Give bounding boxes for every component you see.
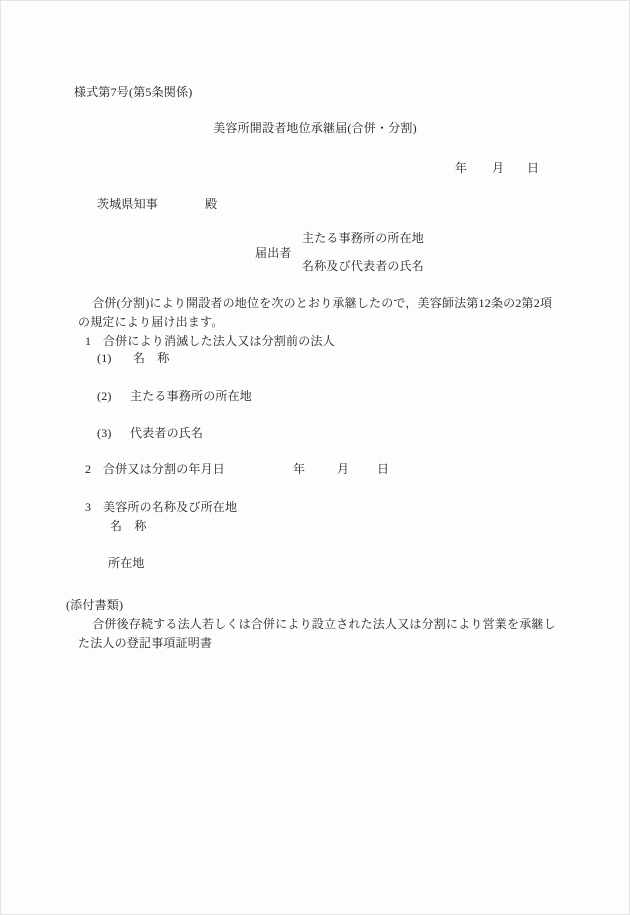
date-month-label: 月 [492,161,504,175]
section-1-item-1-label: (1) [97,351,112,365]
declarant-office-address-label: 主たる事務所の所在地 [302,231,424,245]
section-1-item-3-label: (3) [97,426,112,440]
document-page: 様式第7号(第5条関係) 美容所開設者地位承継届(合併・分割) 年 月 日 茨城… [0,0,630,915]
section-1-item-2-text: 主たる事務所の所在地 [130,389,252,403]
section-1-number: 1 [85,334,91,348]
form-number: 様式第7号(第5条関係) [74,85,192,99]
attachment-heading: (添付書類) [66,598,123,612]
declarant-label: 届出者 [255,246,292,260]
declarant-name-rep-label: 名称及び代表者の氏名 [302,259,424,273]
section-2-heading: 合併又は分割の年月日 [103,462,225,476]
section-2-number: 2 [85,462,91,476]
attachment-line2: た法人の登記事項証明書 [78,636,212,650]
section-3-number: 3 [85,500,91,514]
section-3-heading: 美容所の名称及び所在地 [103,500,237,514]
section-1-item-2-label: (2) [97,389,112,403]
section-2-day-label: 日 [377,462,389,476]
date-year-label: 年 [455,161,467,175]
section-3-name-label: 名 称 [110,519,147,533]
body-paragraph-line2: の規定により届け出ます。 [78,315,223,329]
section-1-item-1-text: 名 称 [133,351,170,365]
addressee-honorific: 殿 [205,197,217,211]
body-paragraph-line1: 合併(分割)により開設者の地位を次のとおり承継したので，美容師法第12条の2第2… [80,296,552,310]
section-1-heading: 合併により消滅した法人又は分割前の法人 [103,334,335,348]
section-2-year-label: 年 [293,462,305,476]
attachment-line1: 合併後存続する法人若しくは合併により設立された法人又は分割により営業を承継し [80,617,556,631]
section-2-month-label: 月 [337,462,349,476]
addressee-name: 茨城県知事 [97,197,158,211]
date-day-label: 日 [527,161,539,175]
section-1-item-3-text: 代表者の氏名 [130,426,203,440]
section-3-address-label: 所在地 [108,556,145,570]
page-title: 美容所開設者地位承継届(合併・分割) [0,121,630,135]
